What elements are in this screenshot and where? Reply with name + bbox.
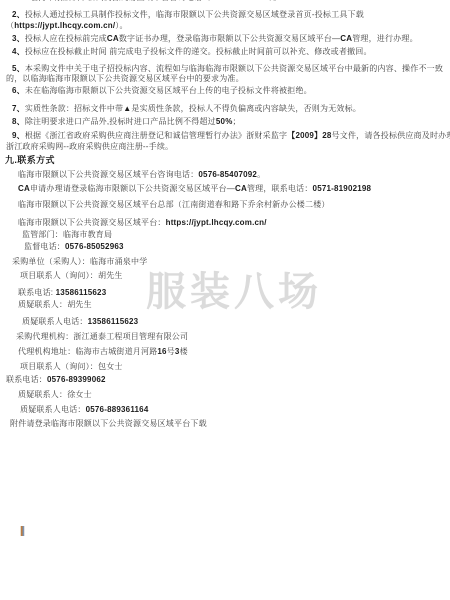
emphasized-text: 3、 [12,34,25,43]
text-segment: 管理，联系电话： [247,184,313,193]
emphasized-text: https://jypt.lhcqy.com.cn/ [14,21,115,30]
text-segment: 浙江政府采购网--政府采购供应商注册--手续。 [6,142,173,151]
text-segment: 联系电话: [18,288,56,297]
text-segment: 号文件，请各投标供应商及时办理 [332,131,450,140]
text-line: 7、实质性条款：招标文件中带▲是实质性条款，投标人不得负偏离或内容缺失，否则为无… [12,104,361,114]
text-line: 九.联系方式 [5,155,55,165]
emphasized-text: 2、 [12,10,25,19]
tiny-image-placeholder-icon [20,526,25,536]
text-segment: 除注明要求进口产品外,投标时进口产品比例不得超过 [25,117,216,126]
text-segment: 临海市限额以下公共资源交易区域平台总部（江南街道春和路下乔余村新办公楼二楼） [18,200,330,209]
emphasized-text: 0576-85052963 [65,242,124,251]
text-line: 6、未在临海临海市限额以下公共资源交易区域平台上传的电子投标文件将被拒绝。 [12,86,312,96]
emphasized-text: CA [18,184,30,193]
text-line: 临海市限额以下公共资源交易区域平台：https://jypt.lhcqy.com… [18,218,267,228]
text-line: 质疑联系人：徐女士 [18,390,92,400]
emphasized-text: CA [235,184,247,193]
text-segment: 质疑联系人电话： [22,317,88,326]
emphasized-text: CA [340,34,352,43]
emphasized-text: 0576-85407092 [198,170,257,179]
text-segment: ； [233,117,241,126]
text-segment: 投标人应在投标前完成 [25,34,107,43]
emphasized-text: 13586115623 [88,317,139,326]
emphasized-text: 8、 [12,117,25,126]
emphasized-text: 0576-889361164 [86,405,149,414]
text-line: 临海市限额以下公共资源交易区域平台咨询电话（0576-85407092）。 [30,0,281,3]
text-line: 2、投标人通过投标工具制作投标文件，临海市限额以下公共资源交易区域登录首页-投标… [12,10,364,20]
text-line: 质疑联系人：胡先生 [18,300,92,310]
document-body: 临海市限额以下公共资源交易区域平台咨询电话（0576-85407092）。2、投… [0,0,450,600]
text-segment: 联系电话： [6,375,47,384]
text-segment: 投标人通过投标工具制作投标文件，临海市限额以下公共资源交易区域登录首页-投标工具… [25,10,364,19]
text-segment: 监督电话： [24,242,65,251]
text-line: 联系电话：0576-89399062 [6,375,106,385]
text-segment: ）。 [115,21,127,30]
text-segment: 临海市限额以下公共资源交易区域平台咨询电话： [18,170,198,179]
text-segment: （ [6,21,14,30]
emphasized-text: 0576-89399062 [47,375,106,384]
text-segment: 质疑联系人：徐女士 [18,390,92,399]
emphasized-text: 4、 [12,47,25,56]
text-line: 联系电话: 13586115623 [18,288,106,298]
text-line: CA申请办理请登录临海市限额以下公共资源交易区域平台—CA管理，联系电话：057… [18,184,371,194]
text-line: 的，以临海临海市限额以下公共资源交易区域平台中的要求为准。 [6,74,244,84]
text-line: 3、投标人应在投标前完成CA数字证书办理，登录临海市限额以下公共资源交易区域平台… [12,34,418,44]
text-line: 浙江政府采购网--政府采购供应商注册--手续。 [6,142,173,152]
text-segment: 管理，进行办理。 [352,34,418,43]
emphasized-text: 6、 [12,86,25,95]
emphasized-text: https://jypt.lhcqy.com.cn/ [166,218,267,227]
text-line: 5、本采购文件中关于电子招投标内容、流程如与临海临海市限额以下公共资源交易区域平… [12,64,443,74]
document-page: 服装八场 临海市限额以下公共资源交易区域平台咨询电话（0576-85407092… [0,0,450,600]
text-segment: 本采购文件中关于电子招投标内容、流程如与临海临海市限额以下公共资源交易区域平台中… [25,64,443,73]
text-segment: 采购代理机构：浙江通泰工程项目管理有限公司 [16,332,188,341]
text-segment: 根据《浙江省政府采购供应商注册登记和诚信管理暂行办法》浙财采监字 [25,131,287,140]
text-segment: 实质性条款：招标文件中带 [25,104,123,113]
emphasized-text: 九.联系方式 [5,155,55,165]
text-segment: 数字证书办理，登录临海市限额以下公共资源交易区域平台— [119,34,340,43]
text-line: 8、除注明要求进口产品外,投标时进口产品比例不得超过50%； [12,117,241,127]
text-segment: 临海市限额以下公共资源交易区域平台： [18,218,166,227]
text-line: 项目联系人（询问）：包女士 [20,362,123,372]
text-segment: 。 [257,170,265,179]
emphasized-text: 50% [216,117,233,126]
text-segment: 投标应在投标截止时间 前完成电子投标文件的递交。投标截止时间前可以补充、修改或者… [25,47,372,56]
text-segment: 附件请登录临海市限额以下公共资源交易区域平台下载 [10,419,207,428]
text-line: 采购单位（采购人）：临海市涌泉中学 [12,257,147,267]
text-line: 质疑联系人电话：13586115623 [22,317,138,327]
text-segment: 楼 [180,347,188,356]
text-line: 采购代理机构：浙江通泰工程项目管理有限公司 [16,332,188,342]
text-segment: 质疑联系人：胡先生 [18,300,92,309]
text-line: 监督电话：0576-85052963 [24,242,124,252]
emphasized-text: 0576-85407092 [210,0,269,2]
emphasized-text: 5、 [12,64,25,73]
text-segment: 临海市限额以下公共资源交易区域平台咨询电话（ [30,0,210,2]
text-segment: 监管部门：临海市教育局 [22,230,112,239]
emphasized-text: 9、 [12,131,25,140]
text-segment: 代理机构地址：临海市古城街道月河路 [18,347,157,356]
emphasized-text: 16 [157,347,166,356]
text-segment: 项目联系人（询问）：胡先生 [20,271,123,280]
text-segment: 项目联系人（询问）：包女士 [20,362,123,371]
text-segment: ）。 [269,0,281,2]
text-line: 项目联系人（询问）：胡先生 [20,271,123,281]
text-segment: 采购单位（采购人）：临海市涌泉中学 [12,257,147,266]
text-segment: 号 [167,347,175,356]
text-line: （https://jypt.lhcqy.com.cn/）。 [6,21,128,31]
text-segment: 未在临海临海市限额以下公共资源交易区域平台上传的电子投标文件将被拒绝。 [25,86,312,95]
text-line: 附件请登录临海市限额以下公共资源交易区域平台下载 [10,419,207,429]
emphasized-text: 0571-81902198 [313,184,372,193]
emphasized-text: 7、 [12,104,25,113]
text-segment: 的，以临海临海市限额以下公共资源交易区域平台中的要求为准。 [6,74,244,83]
text-segment: 质疑联系人电话： [20,405,86,414]
text-line: 质疑联系人电话：0576-889361164 [20,405,148,415]
text-segment: 是实质性条款，投标人不得负偏离或内容缺失，否则为无效标。 [131,104,361,113]
text-line: 代理机构地址：临海市古城街道月河路16号3楼 [18,347,188,357]
text-line: 9、根据《浙江省政府采购供应商注册登记和诚信管理暂行办法》浙财采监字【2009】… [12,131,450,141]
text-segment: 申请办理请登录临海市限额以下公共资源交易区域平台— [30,184,235,193]
emphasized-text: 13586115623 [56,288,107,297]
text-line: 4、投标应在投标截止时间 前完成电子投标文件的递交。投标截止时间前可以补充、修改… [12,47,372,57]
emphasized-text: CA [107,34,119,43]
text-line: 临海市限额以下公共资源交易区域平台咨询电话：0576-85407092。 [18,170,265,180]
text-line: 监管部门：临海市教育局 [22,230,112,240]
emphasized-text: 【2009】28 [287,131,331,140]
text-line: 临海市限额以下公共资源交易区域平台总部（江南街道春和路下乔余村新办公楼二楼） [18,200,330,210]
